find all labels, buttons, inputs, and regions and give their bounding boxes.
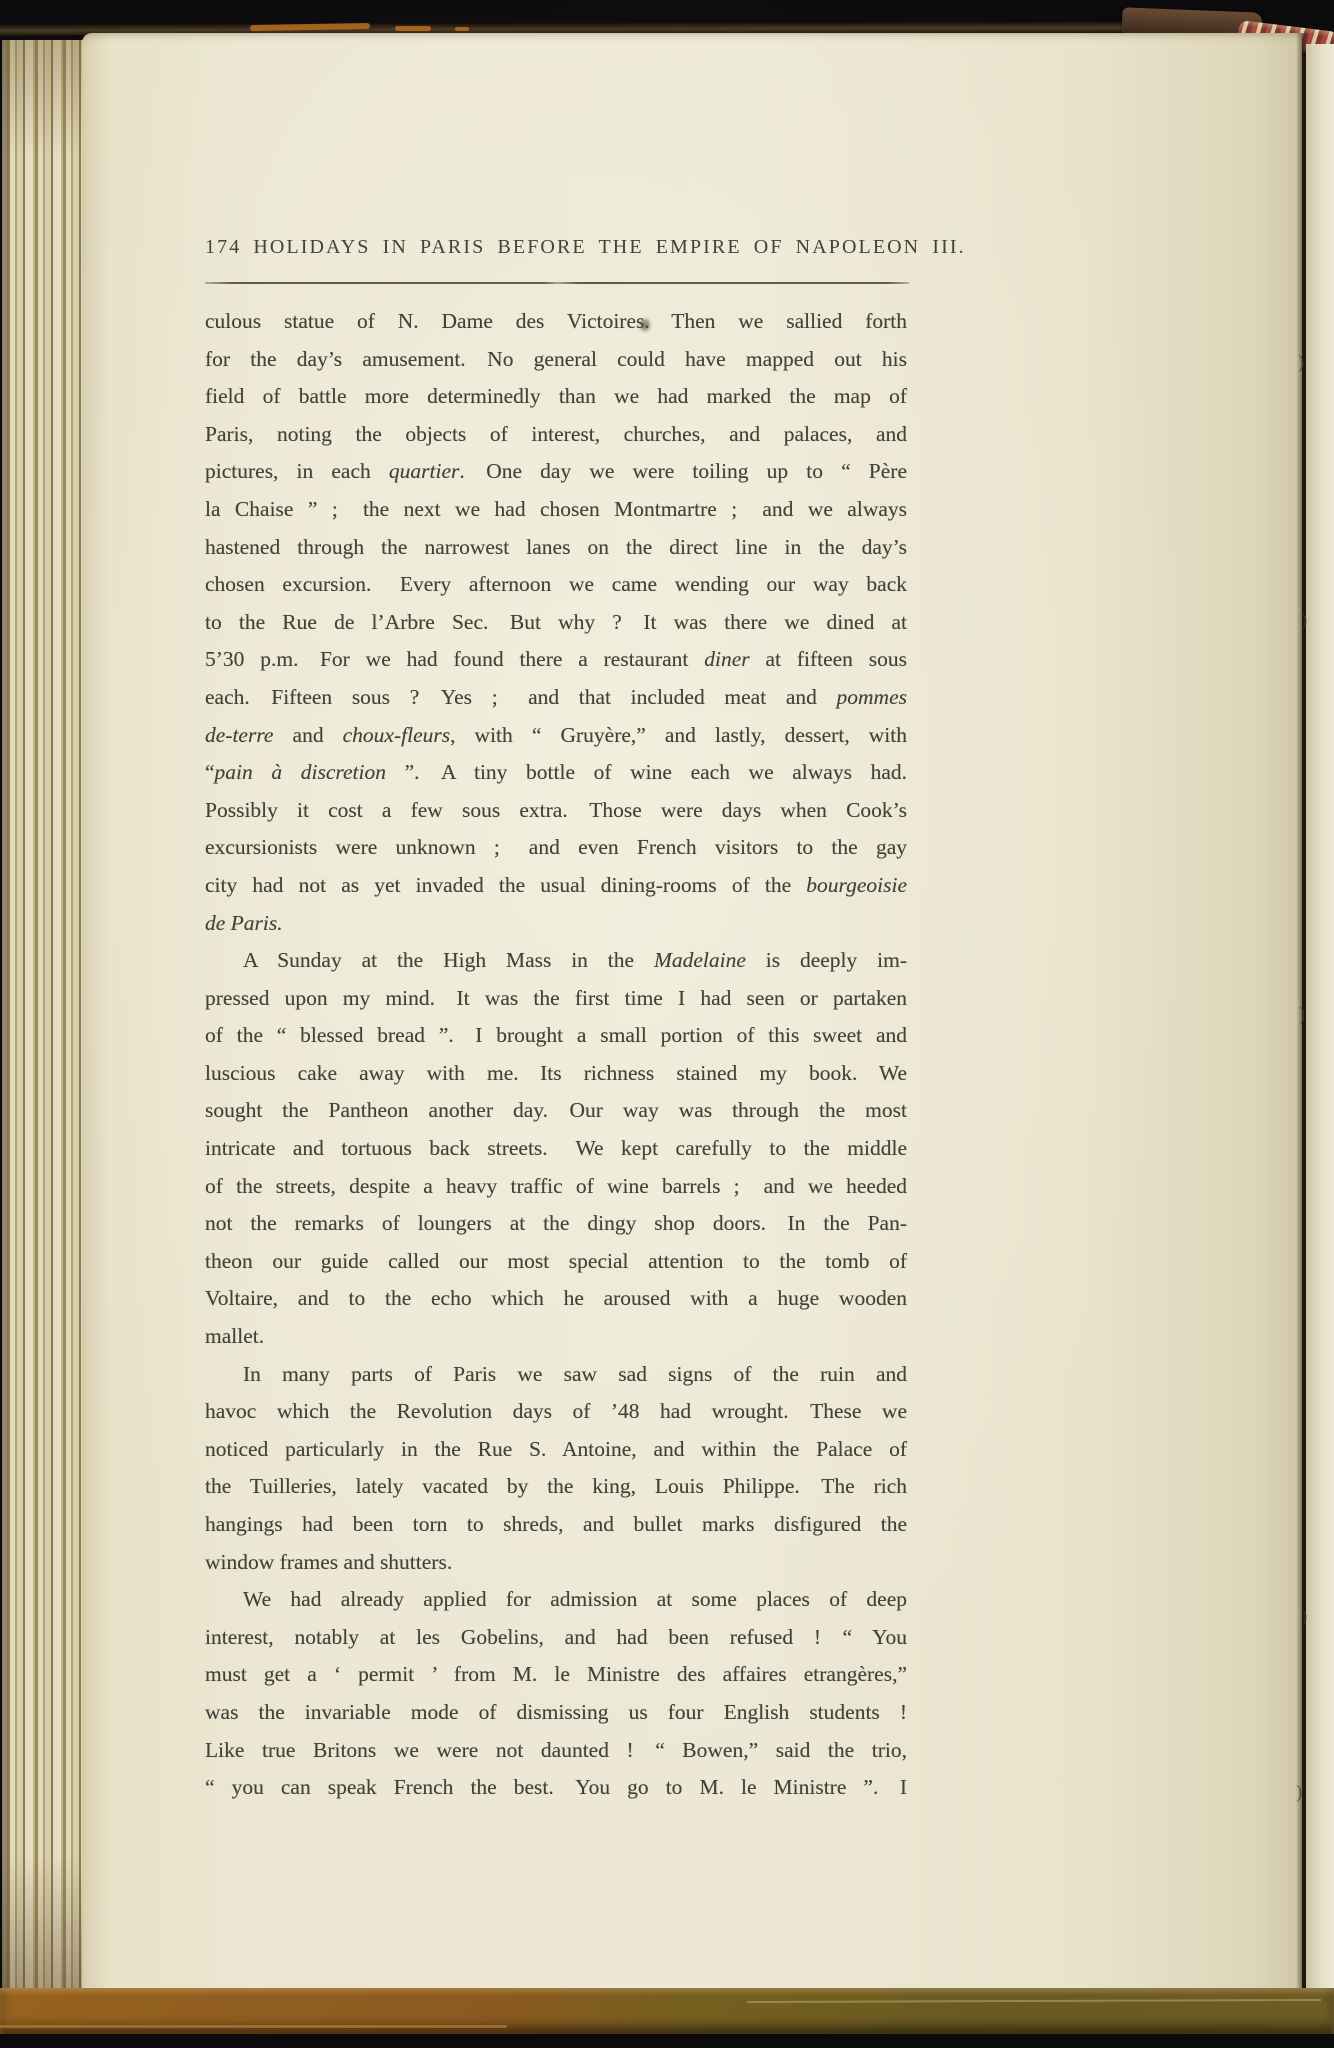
text-line: culous statue of N. Dame des Victoires. … bbox=[205, 303, 907, 341]
text-block: culous statue of N. Dame des Victoires. … bbox=[205, 303, 907, 1807]
text-line: de-terre and choux-fleurs, with “ Gruyèr… bbox=[205, 717, 907, 755]
running-header: 174HOLIDAYS IN PARIS BEFORE THE EMPIRE O… bbox=[205, 236, 915, 259]
header-rule bbox=[205, 282, 909, 284]
text-line: interest, notably at les Gobelins, and h… bbox=[205, 1619, 907, 1657]
text-line: Voltaire, and to the echo which he arous… bbox=[205, 1280, 907, 1318]
text-line: city had not as yet invaded the usual di… bbox=[205, 867, 907, 905]
text-line: We had already applied for admission at … bbox=[205, 1581, 907, 1619]
page-bleed-mark: ) bbox=[1299, 1004, 1305, 1026]
text-line: was the invariable mode of dismissing us… bbox=[205, 1694, 907, 1732]
page-bleed-mark: ) bbox=[1298, 352, 1304, 374]
text-line: each. Fifteen sous ? Yes ; and that incl… bbox=[205, 679, 907, 717]
text-line: luscious cake away with me. Its richness… bbox=[205, 1055, 907, 1093]
text-line: of the “ blessed bread ”. I brought a sm… bbox=[205, 1017, 907, 1055]
text-line: sought the Pantheon another day. Our way… bbox=[205, 1092, 907, 1130]
text-line: hastened through the narrowest lanes on … bbox=[205, 529, 907, 567]
running-title: HOLIDAYS IN PARIS BEFORE THE EMPIRE OF N… bbox=[253, 236, 965, 258]
text-line: mallet. bbox=[205, 1318, 907, 1356]
text-line: not the remarks of loungers at the dingy… bbox=[205, 1205, 907, 1243]
text-line: 5’30 p.m. For we had found there a resta… bbox=[205, 641, 907, 679]
page-bleed-mark: ) bbox=[1296, 1782, 1302, 1804]
text-line: “pain à discretion ”. A tiny bottle of w… bbox=[205, 754, 907, 792]
text-line: hangings had been torn to shreds, and bu… bbox=[205, 1506, 907, 1544]
photo-of-book-page: 174HOLIDAYS IN PARIS BEFORE THE EMPIRE O… bbox=[0, 0, 1334, 2048]
text-line: to the Rue de l’Arbre Sec. But why ? It … bbox=[205, 604, 907, 642]
text-line: must get a ‘ permit ’ from M. le Ministr… bbox=[205, 1656, 907, 1694]
text-line: noticed particularly in the Rue S. Antoi… bbox=[205, 1431, 907, 1469]
text-line: the Tuilleries, lately vacated by the ki… bbox=[205, 1468, 907, 1506]
text-line: havoc which the Revolution days of ’48 h… bbox=[205, 1393, 907, 1431]
text-line: In many parts of Paris we saw sad signs … bbox=[205, 1356, 907, 1394]
text-line: window frames and shutters. bbox=[205, 1544, 907, 1582]
text-line: of the streets, despite a heavy traffic … bbox=[205, 1168, 907, 1206]
facing-page-edge bbox=[1306, 44, 1334, 1992]
page-edge-stack bbox=[2, 40, 90, 1992]
text-line: pressed upon my mind. It was the first t… bbox=[205, 980, 907, 1018]
text-line: “ you can speak French the best. You go … bbox=[205, 1769, 907, 1807]
page-number: 174 bbox=[205, 236, 241, 258]
text-line: Like true Britons we were not daunted ! … bbox=[205, 1732, 907, 1770]
debris-speck bbox=[395, 26, 431, 31]
text-line: pictures, in each quartier. One day we w… bbox=[205, 453, 907, 491]
text-line: A Sunday at the High Mass in the Madelai… bbox=[205, 942, 907, 980]
text-line: theon our guide called our most special … bbox=[205, 1243, 907, 1281]
text-line: Possibly it cost a few sous extra. Those… bbox=[205, 792, 907, 830]
text-line: la Chaise ” ; the next we had chosen Mon… bbox=[205, 491, 907, 529]
page-bleed-mark: ) bbox=[1301, 610, 1307, 632]
book-cover-bottom-edge bbox=[0, 1988, 1334, 2034]
text-line: for the day’s amusement. No general coul… bbox=[205, 341, 907, 379]
text-line: field of battle more determinedly than w… bbox=[205, 378, 907, 416]
page-bleed-mark: ) bbox=[1301, 1606, 1307, 1628]
text-line: chosen excursion. Every afternoon we cam… bbox=[205, 566, 907, 604]
debris-speck bbox=[455, 27, 469, 31]
text-line: de Paris. bbox=[205, 905, 907, 943]
text-line: intricate and tortuous back streets. We … bbox=[205, 1130, 907, 1168]
text-line: excursionists were unknown ; and even Fr… bbox=[205, 829, 907, 867]
text-line: Paris, noting the objects of interest, c… bbox=[205, 416, 907, 454]
